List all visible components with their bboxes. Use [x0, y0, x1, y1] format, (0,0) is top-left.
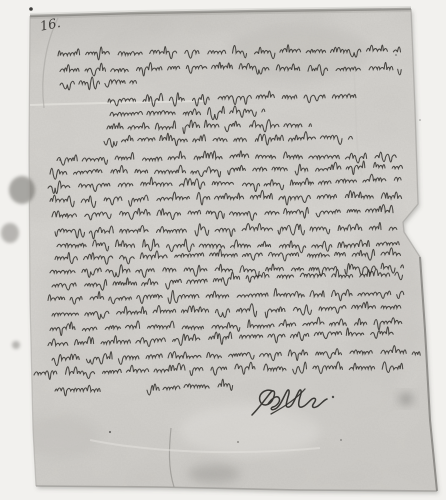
- ink-speck: [29, 7, 33, 11]
- edge-stain: [1, 223, 19, 243]
- paper-stain: [188, 465, 240, 483]
- ink-speck: [332, 396, 334, 398]
- edge-stain: [9, 176, 35, 204]
- ink-speck: [340, 439, 342, 441]
- ink-speck: [237, 441, 239, 443]
- ink-speck: [59, 159, 61, 161]
- paper-sheet: 16.: [0, 0, 446, 500]
- paper-stain: [400, 394, 412, 404]
- letter-scan-canvas: 16.: [0, 0, 446, 500]
- ink-speck: [395, 54, 397, 56]
- ink-speck: [109, 431, 111, 433]
- paper-stain: [95, 37, 205, 87]
- edge-stain: [12, 341, 20, 349]
- ink-speck: [419, 119, 421, 121]
- scanned-letter: 16.: [0, 0, 446, 500]
